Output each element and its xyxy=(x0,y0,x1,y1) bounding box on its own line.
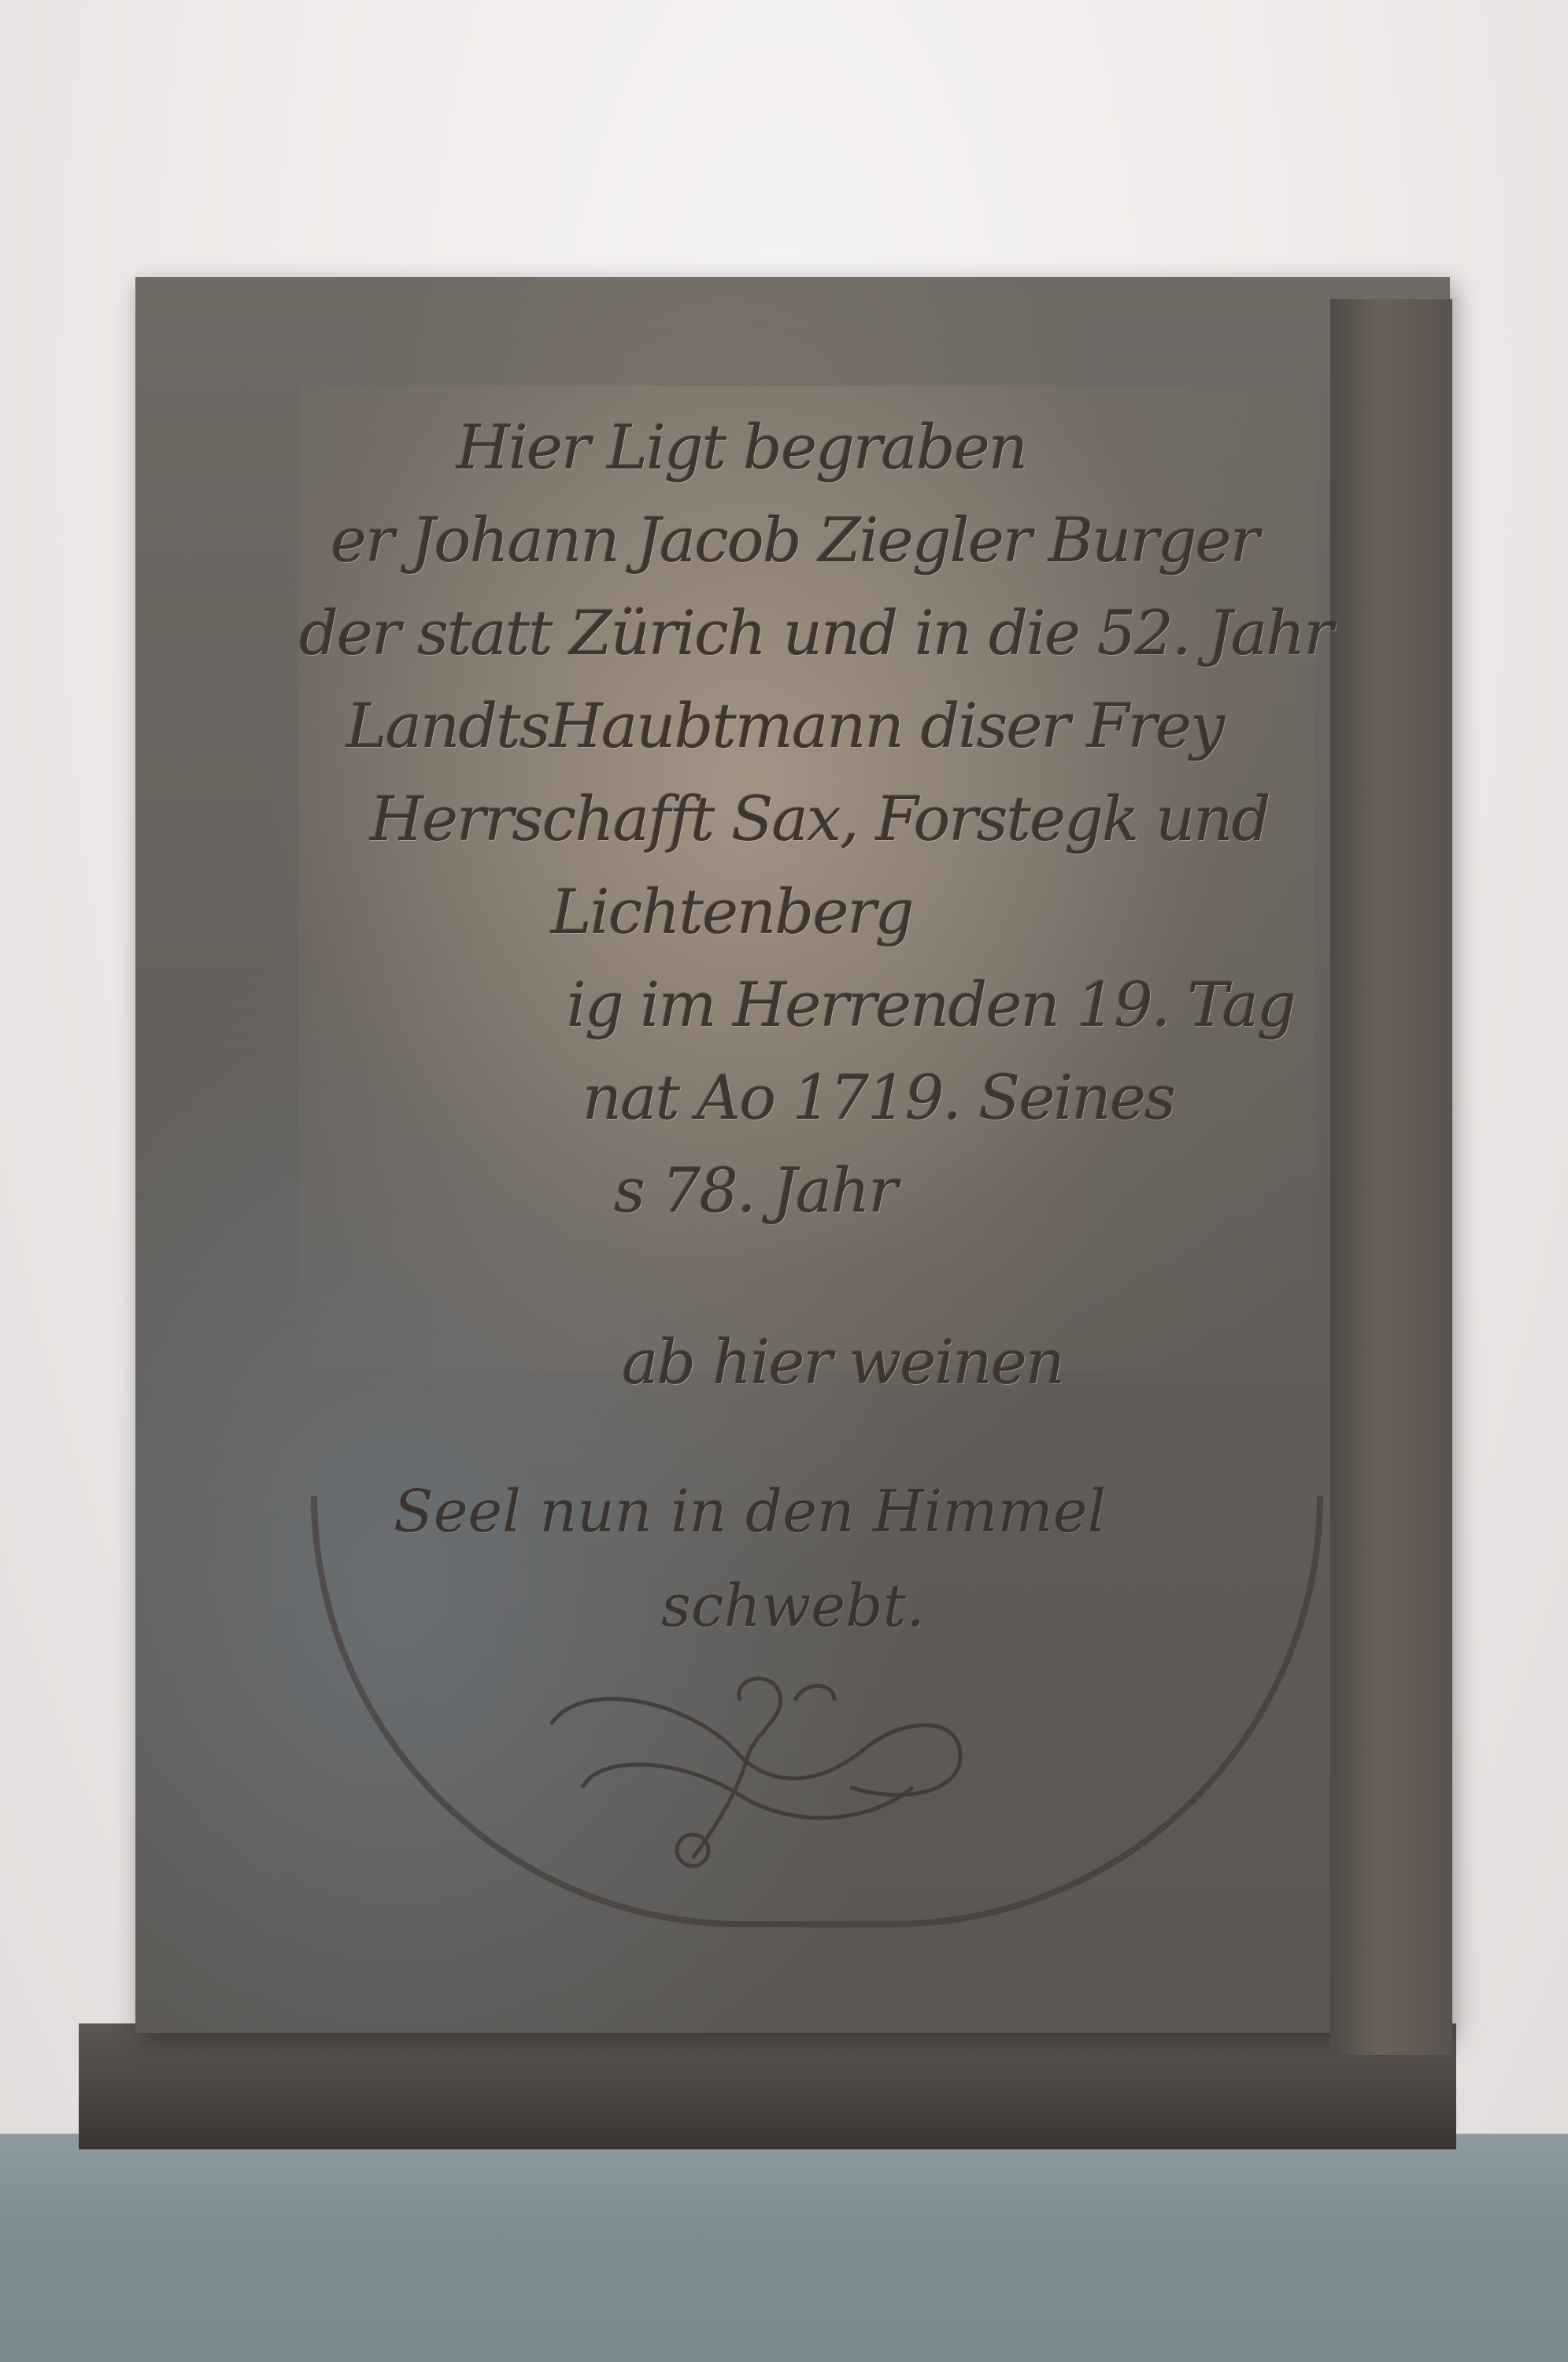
slab-side-edge xyxy=(1330,299,1452,2055)
inscription-line: er Johann Jacob Ziegler Burger xyxy=(283,494,1307,587)
flourish-monogram-icon xyxy=(535,1669,976,1874)
slab-base xyxy=(79,2023,1456,2149)
inscription-line: nat Ao 1719. Seines xyxy=(283,1052,1307,1145)
epitaph-inscription: Hier Ligt begraben er Johann Jacob Ziegl… xyxy=(283,402,1307,1409)
inscription-line: der statt Zürich und in die 52. Jahr xyxy=(283,587,1307,680)
inscription-line: schwebt. xyxy=(394,1559,1338,1653)
lower-inscription: Seel nun in den Himmel schwebt. xyxy=(394,1464,1338,1653)
inscription-line: Herrschafft Sax, Forstegk und xyxy=(283,773,1307,866)
inscription-line: ab hier weinen xyxy=(283,1316,1307,1409)
inscription-line: Seel nun in den Himmel xyxy=(394,1464,1338,1559)
gray-floor xyxy=(0,2134,1568,2362)
inscription-line: LandtsHaubtmann diser Frey xyxy=(283,680,1307,773)
inscription-line: Hier Ligt begraben xyxy=(283,402,1307,494)
inscription-line: s 78. Jahr xyxy=(283,1145,1307,1238)
inscription-line: ig im Herrenden 19. Tag xyxy=(283,959,1307,1052)
inscription-line: Lichtenberg xyxy=(283,866,1307,959)
